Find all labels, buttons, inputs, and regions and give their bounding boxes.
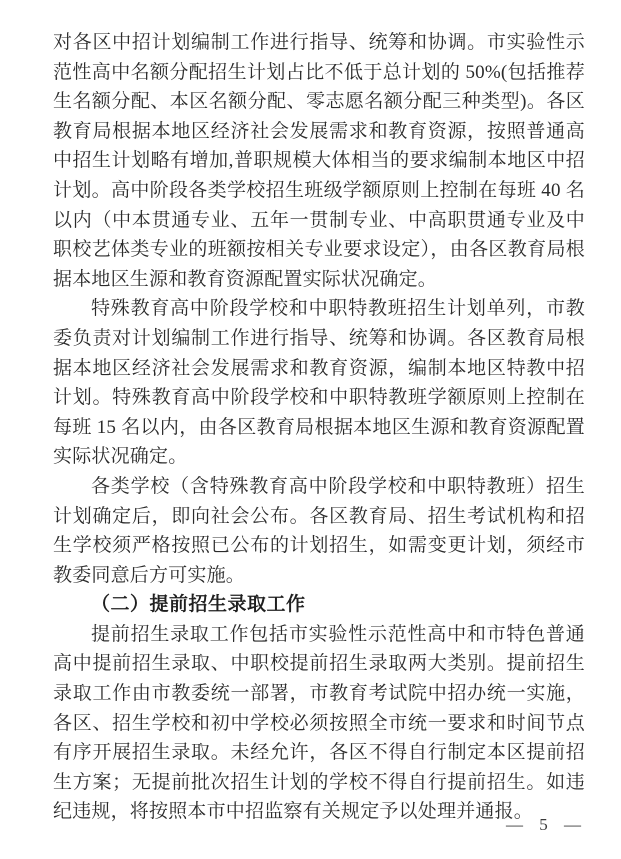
document-page: 对各区中招计划编制工作进行指导、统筹和协调。市实验性示范性高中名额分配招生计划占… — [0, 0, 621, 859]
body-paragraph: 特殊教育高中阶段学校和中职特教班招生计划单列，市教委负责对计划编制工作进行指导、… — [53, 294, 585, 472]
section-heading: （二）提前招生录取工作 — [53, 590, 585, 620]
body-paragraph: 提前招生录取工作包括市实验性示范性高中和市特色普通高中提前招生录取、中职校提前招… — [53, 620, 585, 827]
document-body: 对各区中招计划编制工作进行指导、统筹和协调。市实验性示范性高中名额分配招生计划占… — [53, 28, 585, 827]
body-paragraph: 各类学校（含特殊教育高中阶段学校和中职特教班）招生计划确定后，即向社会公布。各区… — [53, 472, 585, 590]
body-paragraph-continued: 对各区中招计划编制工作进行指导、统筹和协调。市实验性示范性高中名额分配招生计划占… — [53, 28, 585, 294]
page-number: — 5 — — [506, 815, 587, 835]
